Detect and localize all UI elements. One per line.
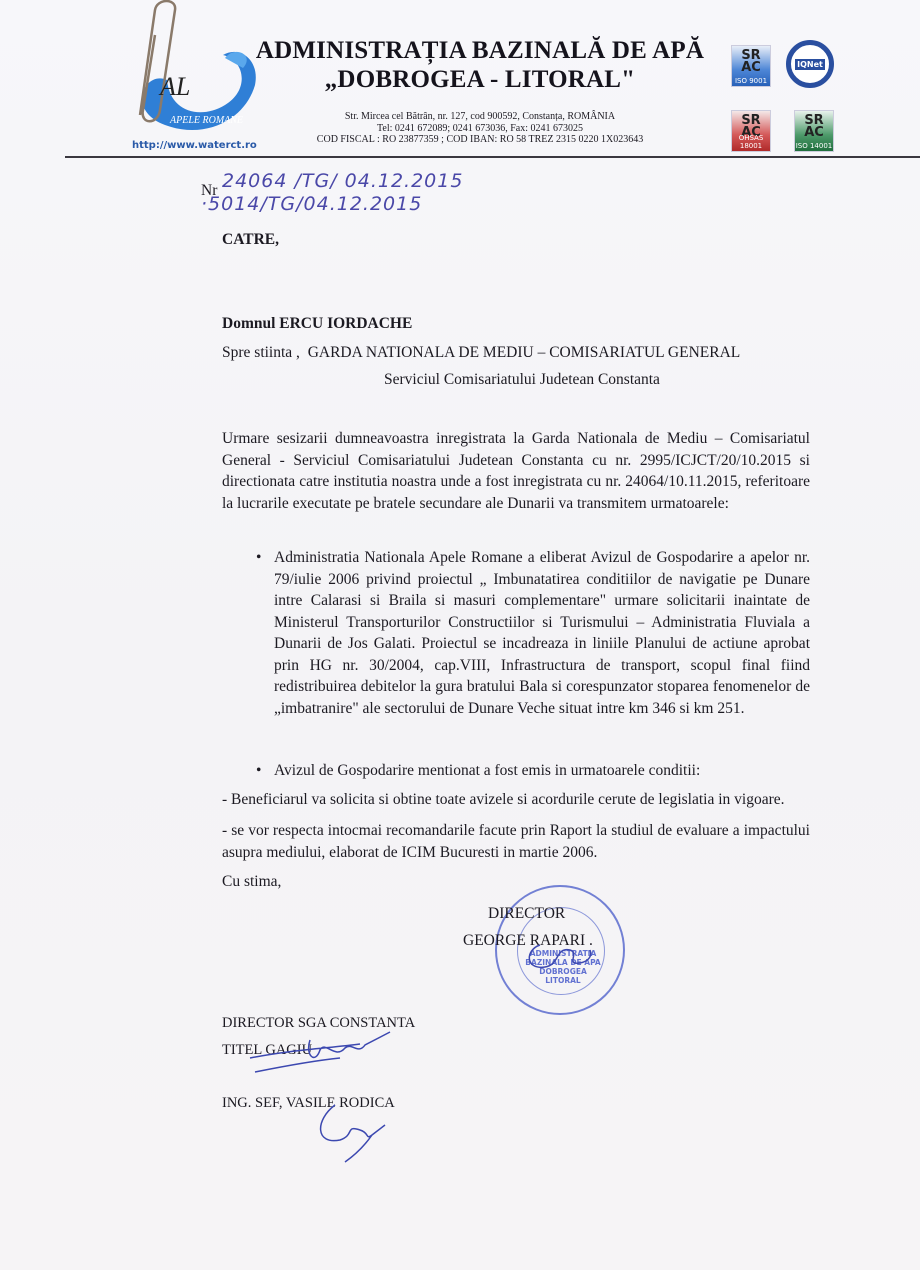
iso-14001-badge: SR AC ISO 14001 bbox=[794, 110, 834, 152]
iso-9001-badge: SR AC ISO 9001 bbox=[731, 45, 771, 87]
organization-address: Str. Mircea cel Bătrân, nr. 127, cod 900… bbox=[270, 111, 690, 146]
badge-label: OHSAS 18001 bbox=[732, 134, 770, 150]
condition-1: - Beneficiarul va solicita si obtine toa… bbox=[222, 789, 822, 811]
director-title: DIRECTOR bbox=[488, 903, 565, 925]
bullet-paragraph-2: Avizul de Gospodarire mentionat a fost e… bbox=[274, 760, 810, 782]
website-link[interactable]: http://www.waterct.ro bbox=[132, 140, 257, 151]
director-signature bbox=[520, 935, 600, 980]
organization-title: ADMINISTRAȚIA BAZINALĂ DE APĂ „DOBROGEA … bbox=[250, 36, 710, 94]
document-page: AL APELE ROMANE http://www.waterct.ro AD… bbox=[0, 0, 920, 1270]
condition-2: - se vor respecta intocmai recomandarile… bbox=[222, 820, 810, 863]
phone-line: Tel: 0241 672089; 0241 673036, Fax: 0241… bbox=[270, 123, 690, 135]
to-label: CATRE, bbox=[222, 229, 279, 251]
registration-number-2: ·5014/TG/04.12.2015 bbox=[201, 193, 422, 215]
cc-prefix: Spre stiinta , bbox=[222, 344, 300, 361]
cc-line: Spre stiinta , GARDA NATIONALA DE MEDIU … bbox=[222, 342, 740, 364]
badge-mark: SR AC bbox=[795, 111, 833, 139]
badge-label: ISO 14001 bbox=[795, 142, 833, 150]
iqnet-badge: IQNet bbox=[786, 40, 834, 88]
engineer-signature bbox=[310, 1100, 390, 1165]
title-line-1: ADMINISTRAȚIA BAZINALĂ DE APĂ bbox=[250, 36, 710, 65]
cc-department: Serviciul Comisariatului Judetean Consta… bbox=[384, 369, 660, 391]
ohsas-18001-badge: SR AC OHSAS 18001 bbox=[731, 110, 771, 152]
cc-organization: GARDA NATIONALA DE MEDIU – COMISARIATUL … bbox=[308, 344, 741, 361]
address-line: Str. Mircea cel Bătrân, nr. 127, cod 900… bbox=[270, 111, 690, 123]
badge-mark: IQNet bbox=[795, 59, 825, 70]
recipient-name: Domnul ERCU IORDACHE bbox=[222, 313, 412, 335]
fiscal-line: COD FISCAL : RO 23877359 ; COD IBAN: RO … bbox=[270, 134, 690, 146]
header-divider bbox=[65, 156, 920, 158]
badge-mark: SR AC bbox=[732, 46, 770, 74]
bullet-paragraph-1: Administratia Nationala Apele Romane a e… bbox=[274, 547, 810, 719]
badge-label: ISO 9001 bbox=[732, 77, 770, 85]
intro-paragraph: Urmare sesizarii dumneavoastra inregistr… bbox=[222, 428, 810, 514]
sga-signature bbox=[240, 1030, 400, 1080]
closing: Cu stima, bbox=[222, 871, 281, 893]
registration-number-1: 24064 /TG/ 04.12.2015 bbox=[222, 170, 463, 192]
svg-text:AL: AL bbox=[158, 72, 190, 101]
title-line-2: „DOBROGEA - LITORAL" bbox=[250, 65, 710, 94]
logo-label: APELE ROMANE bbox=[170, 115, 243, 126]
